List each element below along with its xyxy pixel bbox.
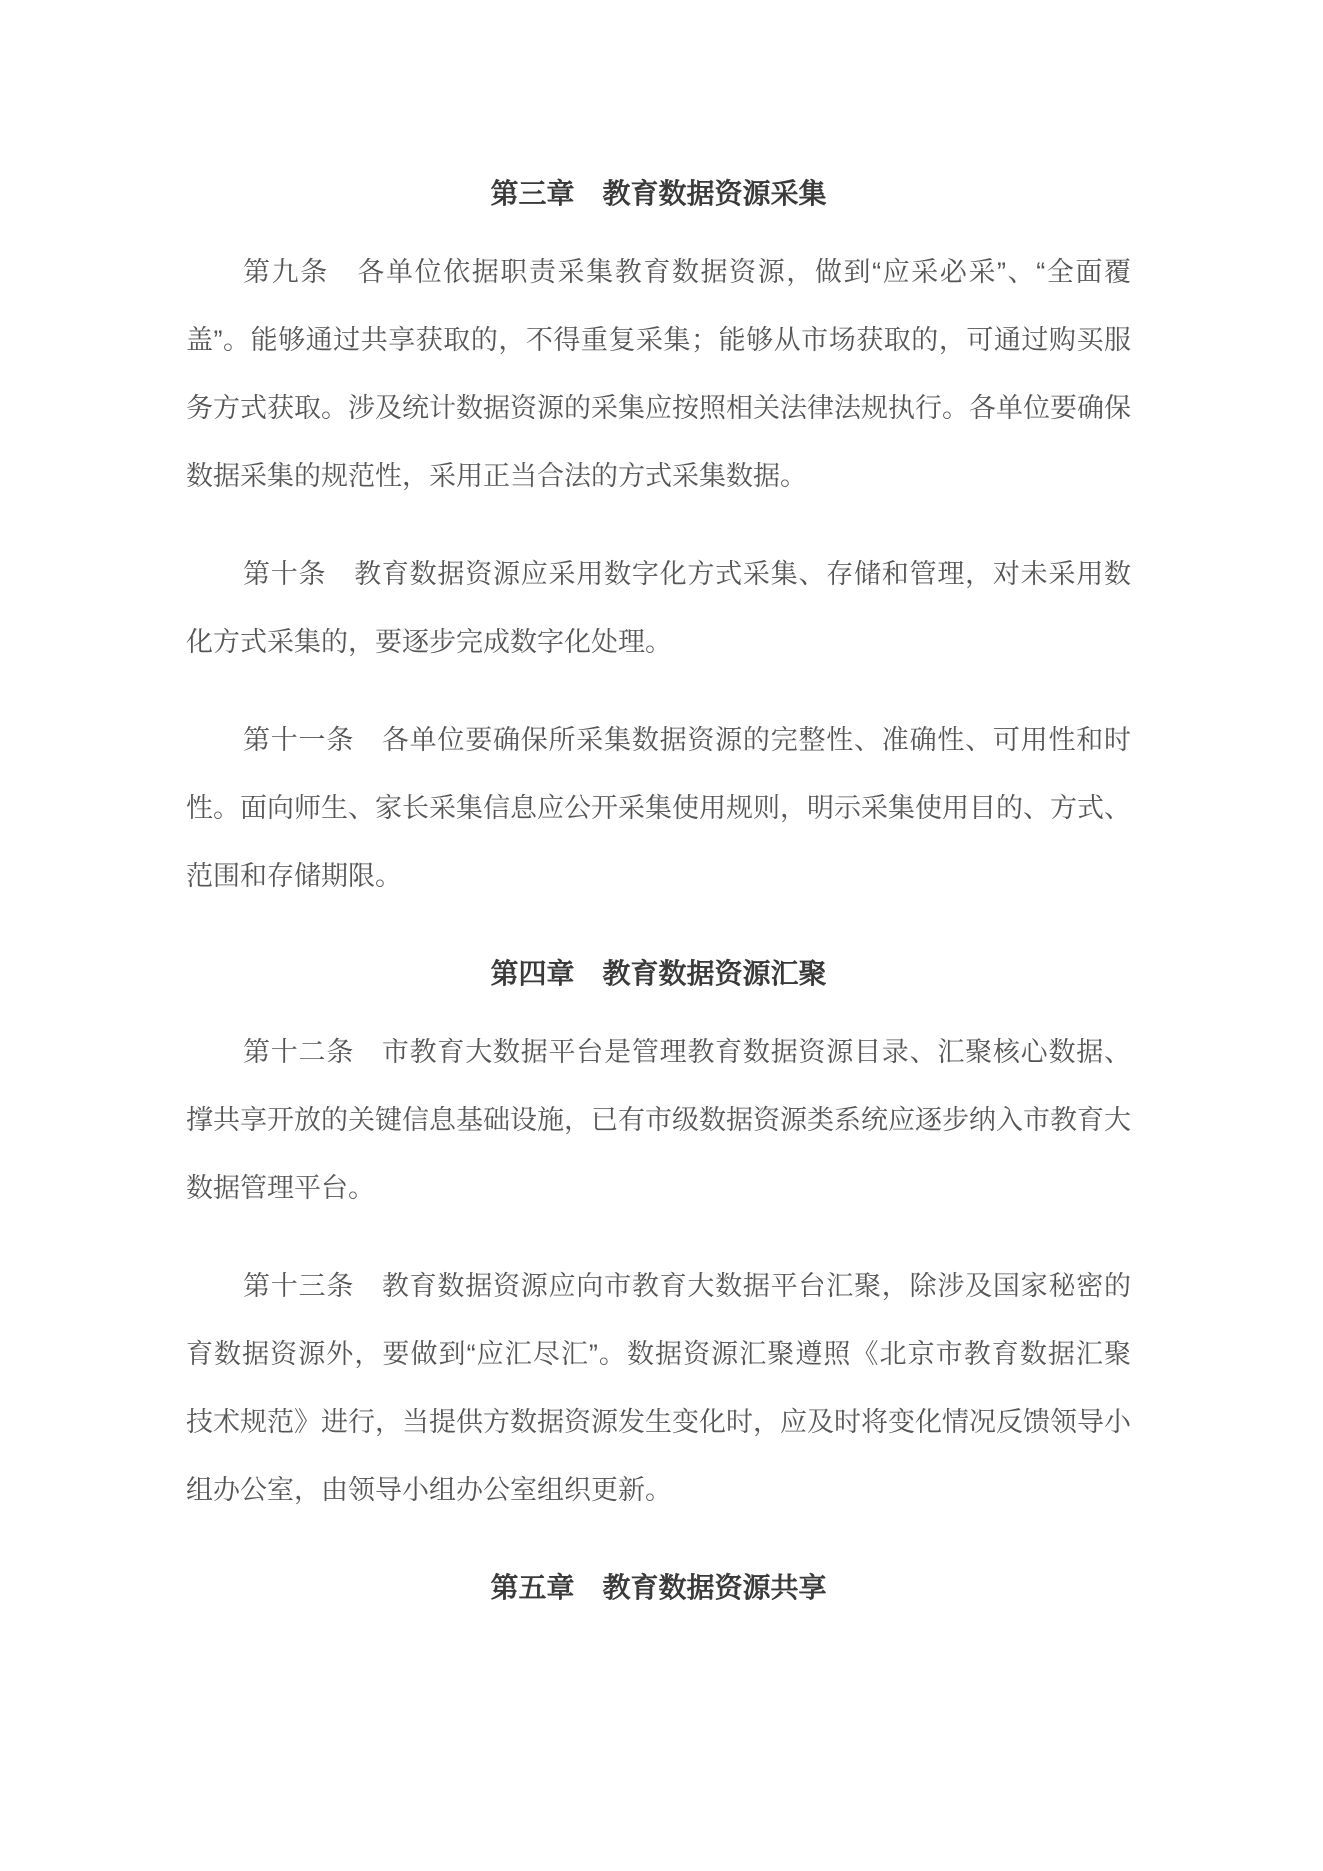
- paragraph: 第十一条 各单位要确保所采集数据资源的完整性、准确性、可用性和时效性。面向师生、…: [186, 706, 1131, 910]
- chapter-heading: 第三章 教育数据资源采集: [186, 160, 1131, 228]
- document-page: 第三章 教育数据资源采集第九条 各单位依据职责采集教育数据资源，做到“应采必采”…: [0, 0, 1323, 1871]
- paragraph-line: 化方式采集的，要逐步完成数字化处理。: [186, 608, 1131, 676]
- paragraph-line: 第十二条 市教育大数据平台是管理教育数据资源目录、汇聚核心数据、支: [186, 1018, 1131, 1086]
- document-body: 第三章 教育数据资源采集第九条 各单位依据职责采集教育数据资源，做到“应采必采”…: [186, 0, 1131, 1622]
- paragraph: 第十二条 市教育大数据平台是管理教育数据资源目录、汇聚核心数据、支撑共享开放的关…: [186, 1018, 1131, 1222]
- paragraph-line: 第十三条 教育数据资源应向市教育大数据平台汇聚，除涉及国家秘密的教: [186, 1252, 1131, 1320]
- paragraph-line: 育数据资源外，要做到“应汇尽汇”。数据资源汇聚遵照《北京市教育数据汇聚: [186, 1320, 1131, 1388]
- paragraph-line: 撑共享开放的关键信息基础设施，已有市级数据资源类系统应逐步纳入市教育大: [186, 1086, 1131, 1154]
- paragraph-line: 范围和存储期限。: [186, 842, 1131, 910]
- paragraph-line: 数据管理平台。: [186, 1154, 1131, 1222]
- paragraph-line: 第十条 教育数据资源应采用数字化方式采集、存储和管理，对未采用数字: [186, 540, 1131, 608]
- paragraph-line: 务方式获取。涉及统计数据资源的采集应按照相关法律法规执行。各单位要确保: [186, 374, 1131, 442]
- paragraph: 第九条 各单位依据职责采集教育数据资源，做到“应采必采”、“全面覆盖”。能够通过…: [186, 238, 1131, 510]
- paragraph: 第十条 教育数据资源应采用数字化方式采集、存储和管理，对未采用数字化方式采集的，…: [186, 540, 1131, 676]
- paragraph-line: 组办公室，由领导小组办公室组织更新。: [186, 1456, 1131, 1524]
- paragraph-line: 盖”。能够通过共享获取的，不得重复采集；能够从市场获取的，可通过购买服: [186, 306, 1131, 374]
- paragraph-line: 第十一条 各单位要确保所采集数据资源的完整性、准确性、可用性和时效: [186, 706, 1131, 774]
- paragraph-line: 数据采集的规范性，采用正当合法的方式采集数据。: [186, 442, 1131, 510]
- paragraph-line: 技术规范》进行，当提供方数据资源发生变化时，应及时将变化情况反馈领导小: [186, 1388, 1131, 1456]
- paragraph-line: 性。面向师生、家长采集信息应公开采集使用规则，明示采集使用目的、方式、: [186, 774, 1131, 842]
- paragraph-line: 第九条 各单位依据职责采集教育数据资源，做到“应采必采”、“全面覆: [186, 238, 1131, 306]
- chapter-heading: 第四章 教育数据资源汇聚: [186, 940, 1131, 1008]
- paragraph: 第十三条 教育数据资源应向市教育大数据平台汇聚，除涉及国家秘密的教育数据资源外，…: [186, 1252, 1131, 1524]
- chapter-heading: 第五章 教育数据资源共享: [186, 1554, 1131, 1622]
